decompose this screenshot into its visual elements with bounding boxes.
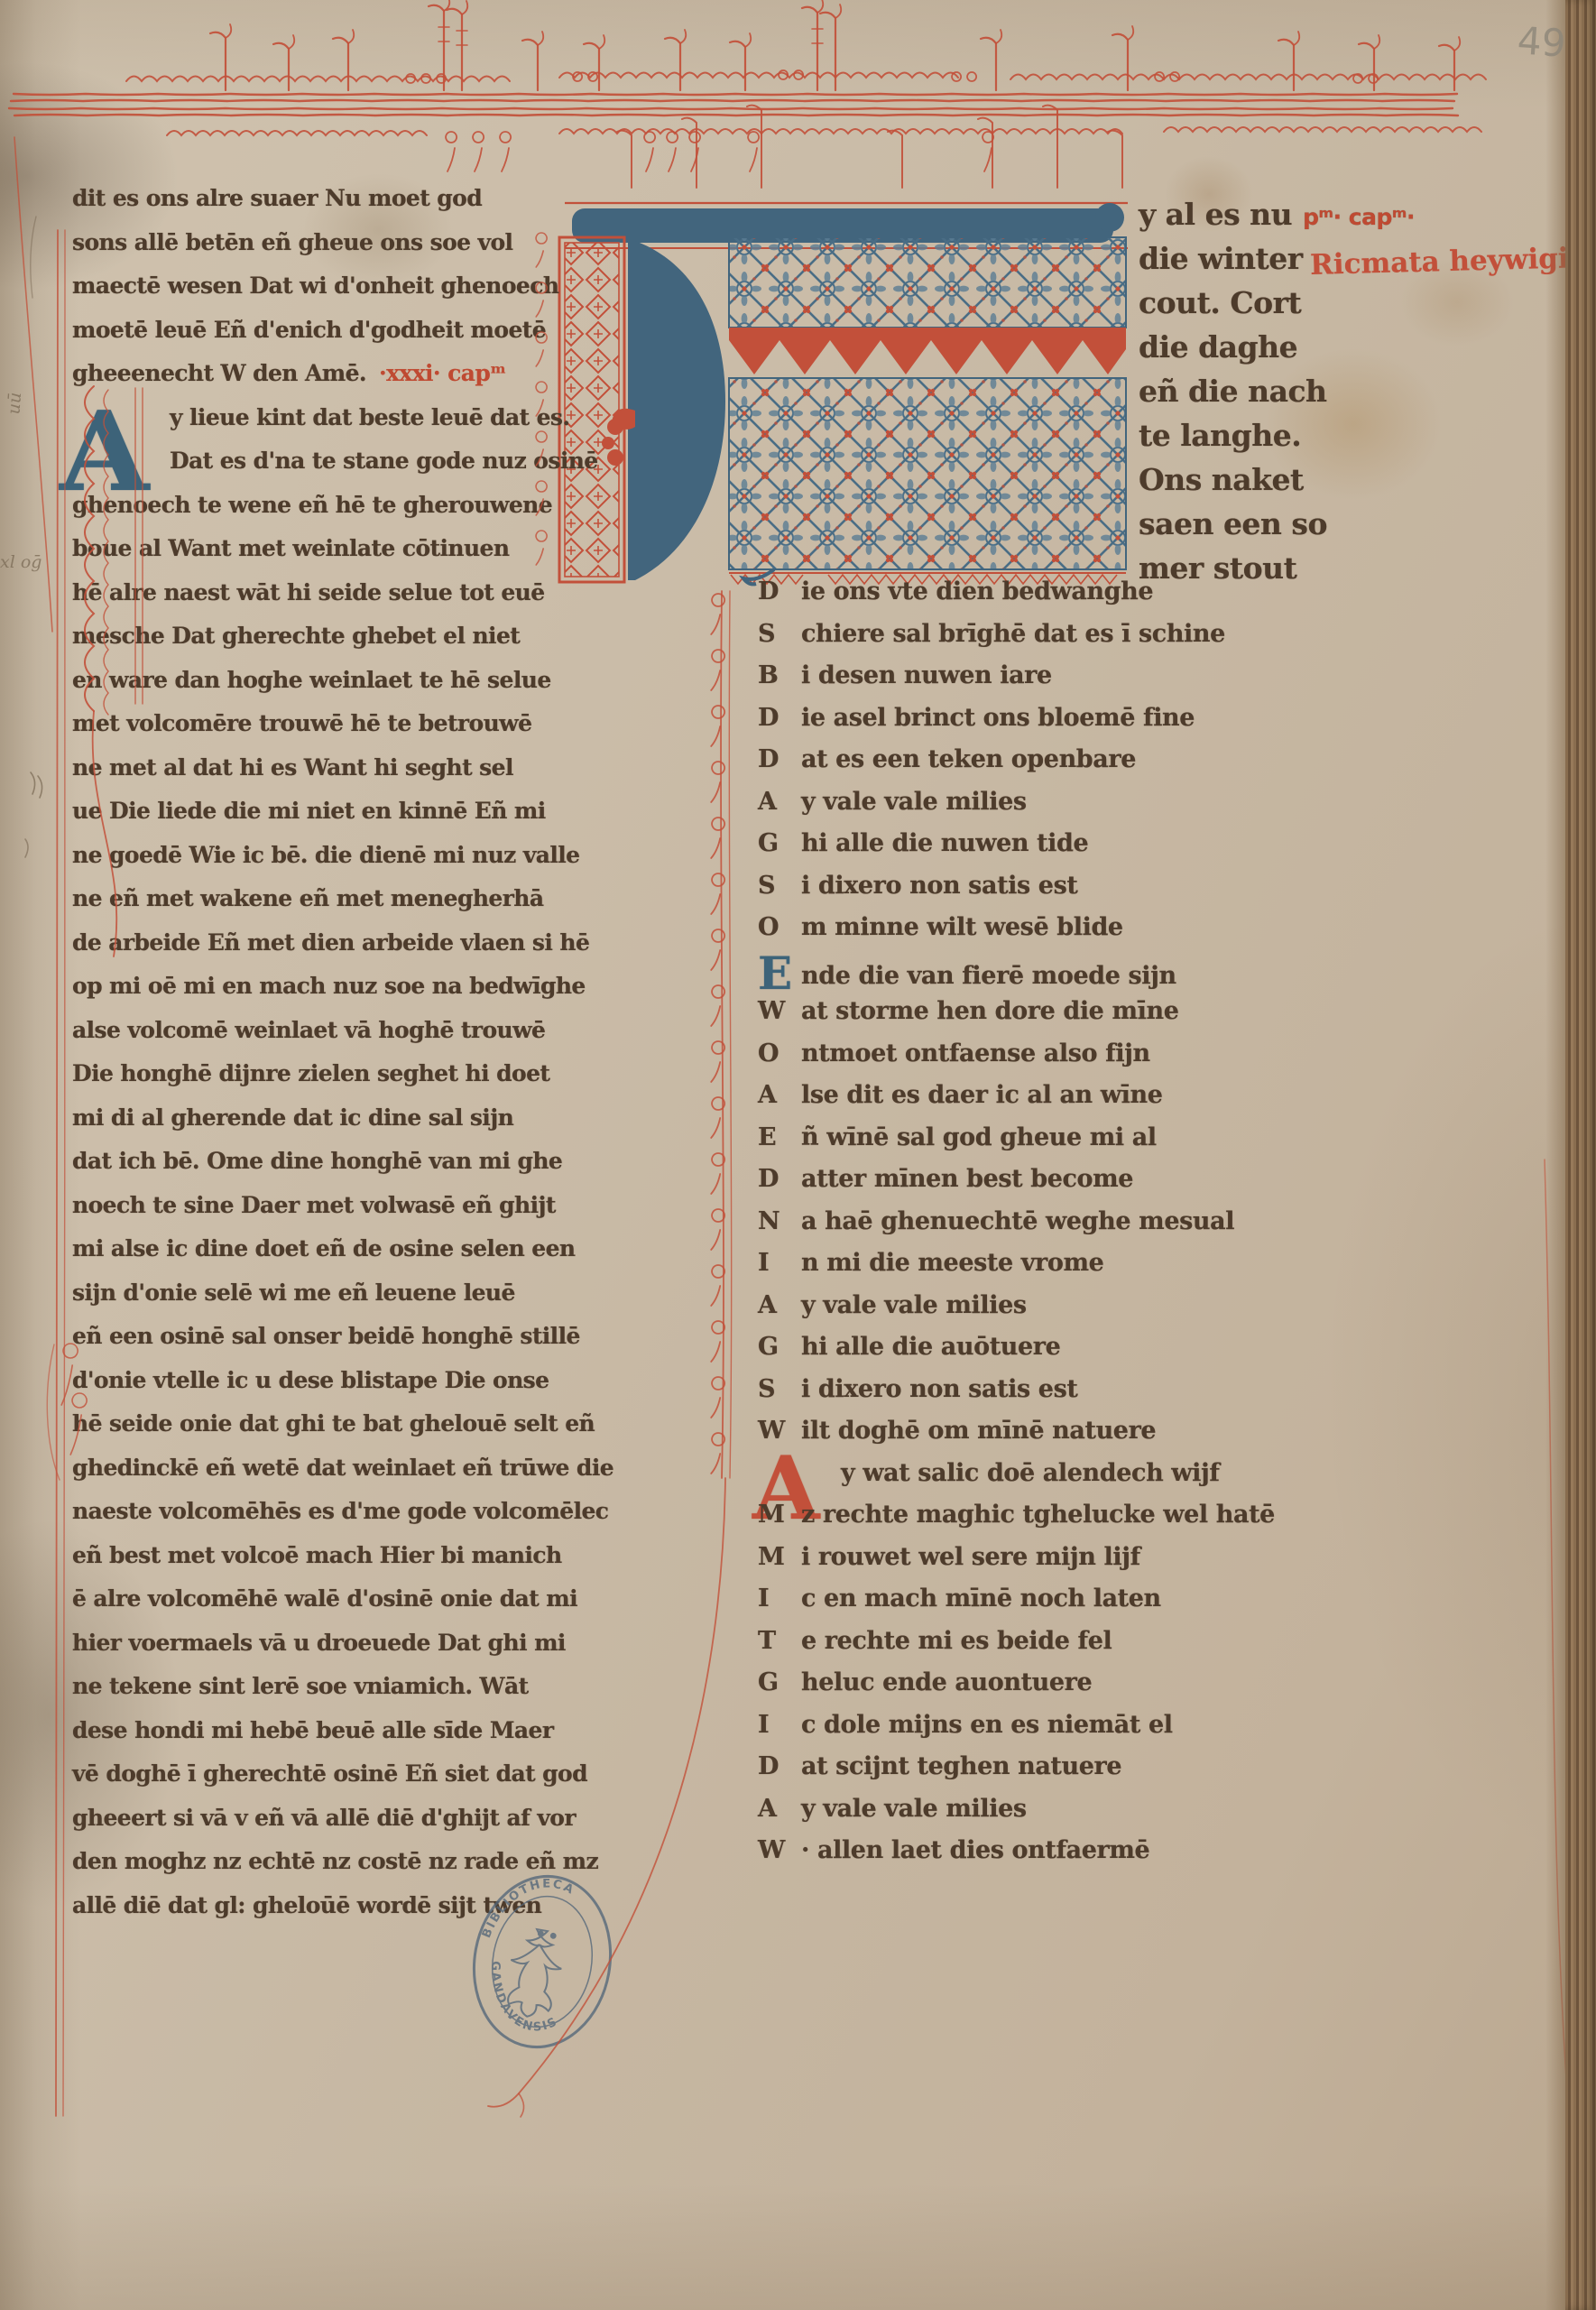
verse-text: c en mach mīnē noch laten (801, 1585, 1161, 1612)
verse-line: Si dixero non satis est (758, 1375, 1444, 1418)
text-line: dit es ons alre suaer Nu moet god (72, 185, 559, 229)
verse-initial: S (758, 872, 798, 900)
verse-text: ntmoet ontfaense also fijn (801, 1039, 1150, 1067)
verse-line: Ay wat salic doē alendech wijf (758, 1459, 1444, 1501)
verse-initial: I (758, 1585, 798, 1612)
verse-block: Die ons vte dien bedwanghe Schiere sal b… (758, 577, 1444, 1879)
verse-text: y vale vale milies (801, 788, 1027, 816)
incipit-line: cout. Cort (1139, 285, 1445, 329)
verse-text: heluc ende auontuere (801, 1668, 1092, 1696)
verse-text: chiere sal brīghē dat es ī schine (801, 620, 1225, 648)
text-line: ue Die liede die mi niet en kinnē Eñ mi (72, 798, 559, 842)
text-line: sijn d'onie selē wi me eñ leuene leuē (72, 1280, 559, 1324)
incipit-line: eñ die nach (1139, 374, 1445, 418)
verse-line: Datter mīnen best become (758, 1165, 1444, 1207)
text-line: boue al Want met weinlate cōtinuen (72, 535, 559, 579)
verse-text: i dixero non satis est (801, 1375, 1077, 1403)
verse-line: W· allen laet dies ontfaermē (758, 1836, 1444, 1879)
verse-text: at storme hen dore die mīne (801, 997, 1179, 1025)
text-line: noech te sine Daer met volwasē eñ ghijt (72, 1192, 559, 1236)
verse-line: Ghi alle die nuwen tide (758, 829, 1444, 872)
text-line: moetē leuē Eñ d'enich d'godheit moetē (72, 317, 559, 361)
verse-text: at scijnt teghen natuere (801, 1752, 1121, 1780)
text-line: ne tekene sint lerē soe vniamich. Wāt (72, 1673, 559, 1717)
verse-text: e rechte mi es beide fel (801, 1627, 1112, 1655)
verse-line: Te rechte mi es beide fel (758, 1627, 1444, 1669)
text-line: mi alse ic dine doet eñ de osine selen e… (72, 1235, 559, 1280)
text-line: met volcomēre trouwē hē te betrouwē (72, 710, 559, 754)
incipit-line: saen een so (1139, 506, 1445, 550)
incipit-line: die daghe (1139, 329, 1445, 374)
verse-initial: W (758, 1836, 798, 1864)
verse-initial: D (758, 704, 798, 732)
marginal-note: uū (4, 392, 25, 415)
verse-text: · allen laet dies ontfaermē (801, 1836, 1149, 1864)
verse-initial: D (758, 1165, 798, 1193)
verse-line: Mz rechte maghic tghelucke wel hatē (758, 1501, 1444, 1543)
verse-line: Bi desen nuwen iare (758, 661, 1444, 704)
page-edge-shadow (1545, 0, 1565, 2310)
marginal-note: xl oḡ (0, 552, 42, 572)
text-line: en ware dan hoghe weinlaet te hē selue (72, 667, 559, 711)
text-line: ghedinckē eñ wetē dat weinlaet eñ trūwe … (72, 1455, 559, 1499)
text-line: Die honghē dijnre zielen seghet hi doet (72, 1060, 559, 1104)
verse-initial: O (758, 1039, 798, 1067)
left-column: dit es ons alre suaer Nu moet god sons a… (72, 185, 559, 1936)
verse-text: at es een teken openbare (801, 745, 1136, 773)
text-line: alse volcomē weinlaet vā hoghē trouwē (72, 1017, 559, 1061)
manuscript-page: dit es ons alre suaer Nu moet god sons a… (0, 0, 1596, 2310)
verse-initial: G (758, 1333, 798, 1361)
verse-text: y wat salic doē alendech wijf (841, 1459, 1220, 1487)
verse-initial: I (758, 1249, 798, 1277)
inline-rubric: pᵐ· capᵐ· (1292, 204, 1415, 230)
folio-number: 49 (1516, 18, 1567, 66)
verse-initial: G (758, 829, 798, 857)
verse-text: ilt doghē om mīnē natuere (801, 1417, 1156, 1445)
text-line: ē alre volcomēhē walē d'osinē onie dat m… (72, 1585, 559, 1630)
text-line: vē doghē ī gherechtē osinē Eñ siet dat g… (72, 1760, 559, 1805)
library-stamp: BIBLIOTHECA GANDAVENSIS (450, 1858, 635, 2066)
verse-text: c dole mijns en es niemāt el (801, 1711, 1173, 1739)
verse-line: Wat storme hen dore die mīne (758, 997, 1444, 1039)
verse-line: In mi die meeste vrome (758, 1249, 1444, 1291)
verse-line: Si dixero non satis est (758, 872, 1444, 914)
verse-text: y vale vale milies (801, 1795, 1027, 1823)
text-line: dat ich bē. Ome dine honghē van mi ghe (72, 1148, 559, 1192)
incipit-line: y al es nupᵐ· capᵐ· (1139, 197, 1445, 241)
verse-line: Ghi alle die auōtuere (758, 1333, 1444, 1375)
verse-text: n mi die meeste vrome (801, 1249, 1103, 1277)
text-line: ne goedē Wie ic bē. die dienē mi nuz val… (72, 842, 559, 886)
verse-line: Schiere sal brīghē dat es ī schine (758, 620, 1444, 662)
verse-initial: M (758, 1543, 798, 1571)
verse-line: Dat scijnt teghen natuere (758, 1752, 1444, 1795)
verse-line: Ontmoet ontfaense also fijn (758, 1039, 1444, 1082)
verse-initial: B (758, 661, 798, 689)
fore-edge (1565, 0, 1596, 2310)
text-line: dese hondi mi hebē beuē alle sīde Maer (72, 1717, 559, 1761)
verse-initial: A (758, 1081, 798, 1109)
verse-line: Alse dit es daer ic al an wīne (758, 1081, 1444, 1123)
verse-text: m minne wilt wesē blide (801, 913, 1123, 941)
chapter-initial-A: A (60, 397, 149, 507)
verse-initial: S (758, 1375, 798, 1403)
verse-text: atter mīnen best become (801, 1165, 1133, 1193)
verse-line: Ay vale vale milies (758, 1291, 1444, 1334)
text-line: mesche Dat gherechte ghebet el niet (72, 623, 559, 667)
verse-line: Eñ wīnē sal god gheue mi al (758, 1123, 1444, 1166)
text-line: mi di al gherende dat ic dine sal sijn (72, 1104, 559, 1149)
verse-text: i dixero non satis est (801, 872, 1077, 900)
verse-initial: T (758, 1627, 798, 1655)
chapter-rubric: ·xxxi· capᵐ (366, 360, 506, 386)
chapter-end-text: gheeenecht W den Amē. (72, 360, 366, 386)
verse-line: Wilt doghē om mīnē natuere (758, 1417, 1444, 1459)
text-line: de arbeide Eñ met dien arbeide vlaen si … (72, 929, 559, 974)
incipit-line: te langhe. (1139, 418, 1445, 462)
verse-initial: S (758, 620, 798, 648)
verse-initial: E (758, 1123, 798, 1151)
text-line: op mi oē mi en mach nuz soe na bedwīghe (72, 973, 559, 1017)
verse-initial: I (758, 1711, 798, 1739)
verse-initial: A (758, 1291, 798, 1319)
verse-text: ñ wīnē sal god gheue mi al (801, 1123, 1157, 1151)
incipit-first-text: y al es nu (1139, 197, 1292, 232)
verse-text: y vale vale milies (801, 1291, 1027, 1319)
verse-text: hi alle die nuwen tide (801, 829, 1088, 857)
verse-initial: D (758, 745, 798, 773)
verse-initial: W (758, 997, 798, 1025)
verse-line: Die asel brinct ons bloemē fine (758, 704, 1444, 746)
verse-line: Gheluc ende auontuere (758, 1668, 1444, 1711)
verse-initial: A (758, 788, 798, 816)
verse-text: z rechte maghic tghelucke wel hatē (801, 1501, 1275, 1529)
verse-line: Ay vale vale milies (758, 788, 1444, 830)
text-line: eñ een osinē sal onser beidē honghē stil… (72, 1323, 559, 1367)
verse-text: ie ons vte dien bedwanghe (801, 577, 1153, 605)
text-line: eñ best met volcoē mach Hier bi manich (72, 1542, 559, 1586)
verse-text: i rouwet wel sere mijn lijf (801, 1543, 1140, 1571)
verse-line: Ay vale vale milies (758, 1795, 1444, 1837)
verse-line: Dat es een teken openbare (758, 745, 1444, 788)
verse-line: Ende die van fierē moede sijn (758, 956, 1444, 998)
verse-initial: A (758, 1795, 798, 1823)
text-line: sons allē betēn eñ gheue ons soe vol (72, 229, 559, 273)
illuminated-initial-A (558, 185, 1135, 587)
verse-line: Ic dole mijns en es niemāt el (758, 1711, 1444, 1753)
verse-initial: G (758, 1668, 798, 1696)
verse-line: Na haē ghenuechtē weghe mesual (758, 1207, 1444, 1250)
verse-text: ie asel brinct ons bloemē fine (801, 704, 1195, 732)
verse-initial: N (758, 1207, 798, 1235)
verse-text: i desen nuwen iare (801, 661, 1052, 689)
text-line: hier voermaels vā u droeuede Dat ghi mi (72, 1630, 559, 1674)
verse-initial: D (758, 577, 798, 605)
text-line: hē alre naest wāt hi seide selue tot euē (72, 579, 559, 624)
text-line: hē seide onie dat ghi te bat ghelouē sel… (72, 1410, 559, 1455)
stamp-text-bottom: GANDAVENSIS (477, 1959, 570, 2039)
text-line: ne eñ met wakene eñ met menegherhā (72, 885, 559, 929)
text-line: ne met al dat hi es Want hi seght sel (72, 754, 559, 799)
verse-line: Ic en mach mīnē noch laten (758, 1585, 1444, 1627)
verse-initial: D (758, 1752, 798, 1780)
verse-line: Die ons vte dien bedwanghe (758, 577, 1444, 620)
verse-initial: M (758, 1501, 798, 1529)
text-line: d'onie vtelle ic u dese blistape Die ons… (72, 1367, 559, 1411)
text-line: naeste volcomēhēs es d'me gode volcomēle… (72, 1498, 559, 1542)
text-line: gheeert si vā v eñ vā allē diē d'ghijt a… (72, 1805, 559, 1849)
verse-text: a haē ghenuechtē weghe mesual (801, 1207, 1234, 1235)
incipit-line: Ons naket (1139, 462, 1445, 506)
verse-text: hi alle die auōtuere (801, 1333, 1060, 1361)
verse-line: Om minne wilt wesē blide (758, 913, 1444, 956)
verse-initial: O (758, 913, 798, 941)
verse-text: lse dit es daer ic al an wīne (801, 1081, 1162, 1109)
verse-line: Mi rouwet wel sere mijn lijf (758, 1543, 1444, 1585)
text-line: maectē wesen Dat wi d'onheit ghenoech (72, 273, 559, 317)
verse-initial: E (758, 956, 798, 992)
verse-text: nde die van fierē moede sijn (801, 962, 1176, 990)
